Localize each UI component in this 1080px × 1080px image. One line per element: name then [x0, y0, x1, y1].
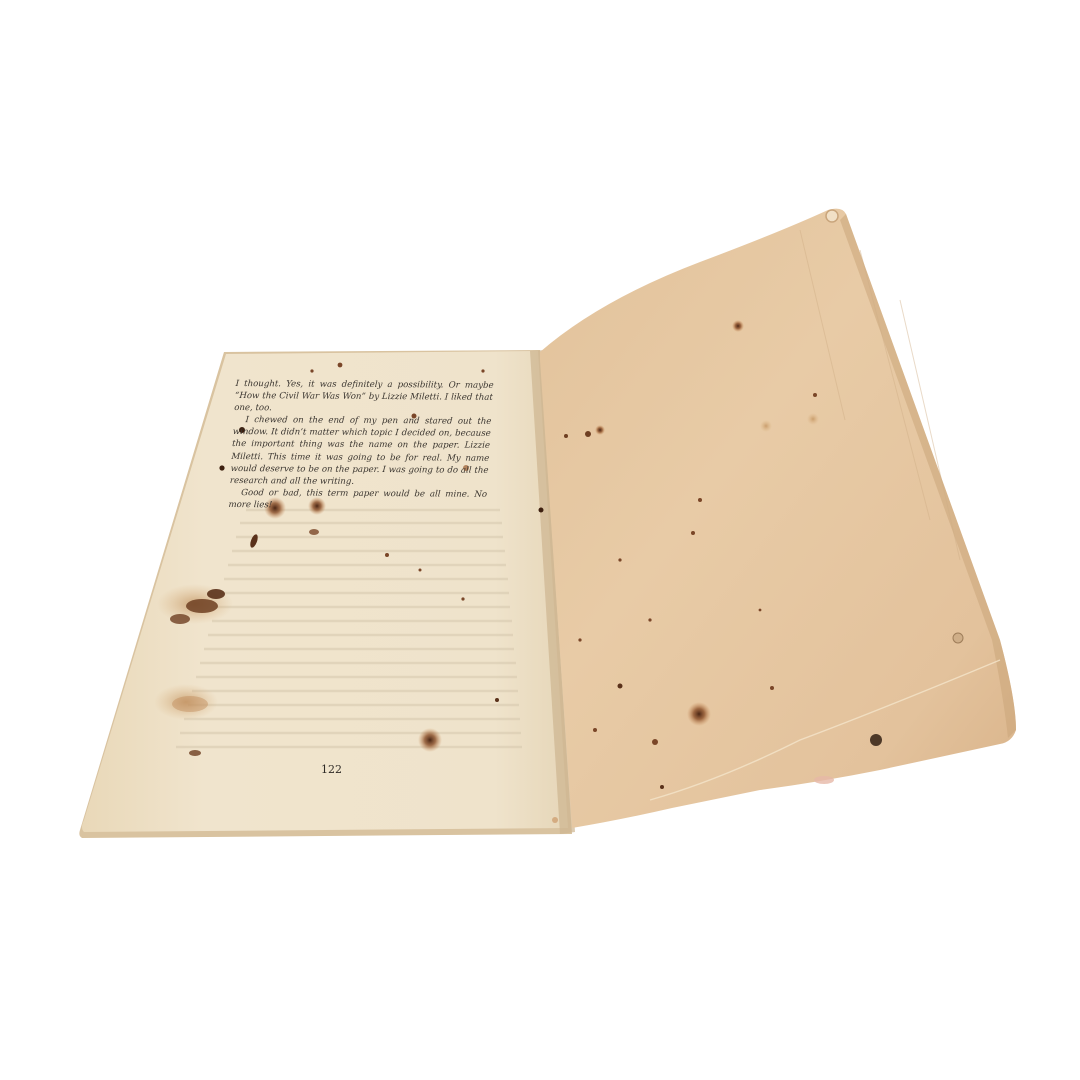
right-page [540, 209, 1016, 828]
paragraph-1: I thought. Yes, it was definitely a poss… [234, 378, 494, 416]
paragraph-2: I chewed on the end of my pen and stared… [230, 414, 492, 488]
page-body-text: I thought. Yes, it was definitely a poss… [228, 378, 494, 513]
page-number: 122 [321, 763, 342, 776]
book-photo: I thought. Yes, it was definitely a poss… [0, 0, 1080, 1080]
open-book-illustration [0, 0, 1080, 1080]
paragraph-3: Good or bad, this term paper would be al… [228, 487, 487, 513]
